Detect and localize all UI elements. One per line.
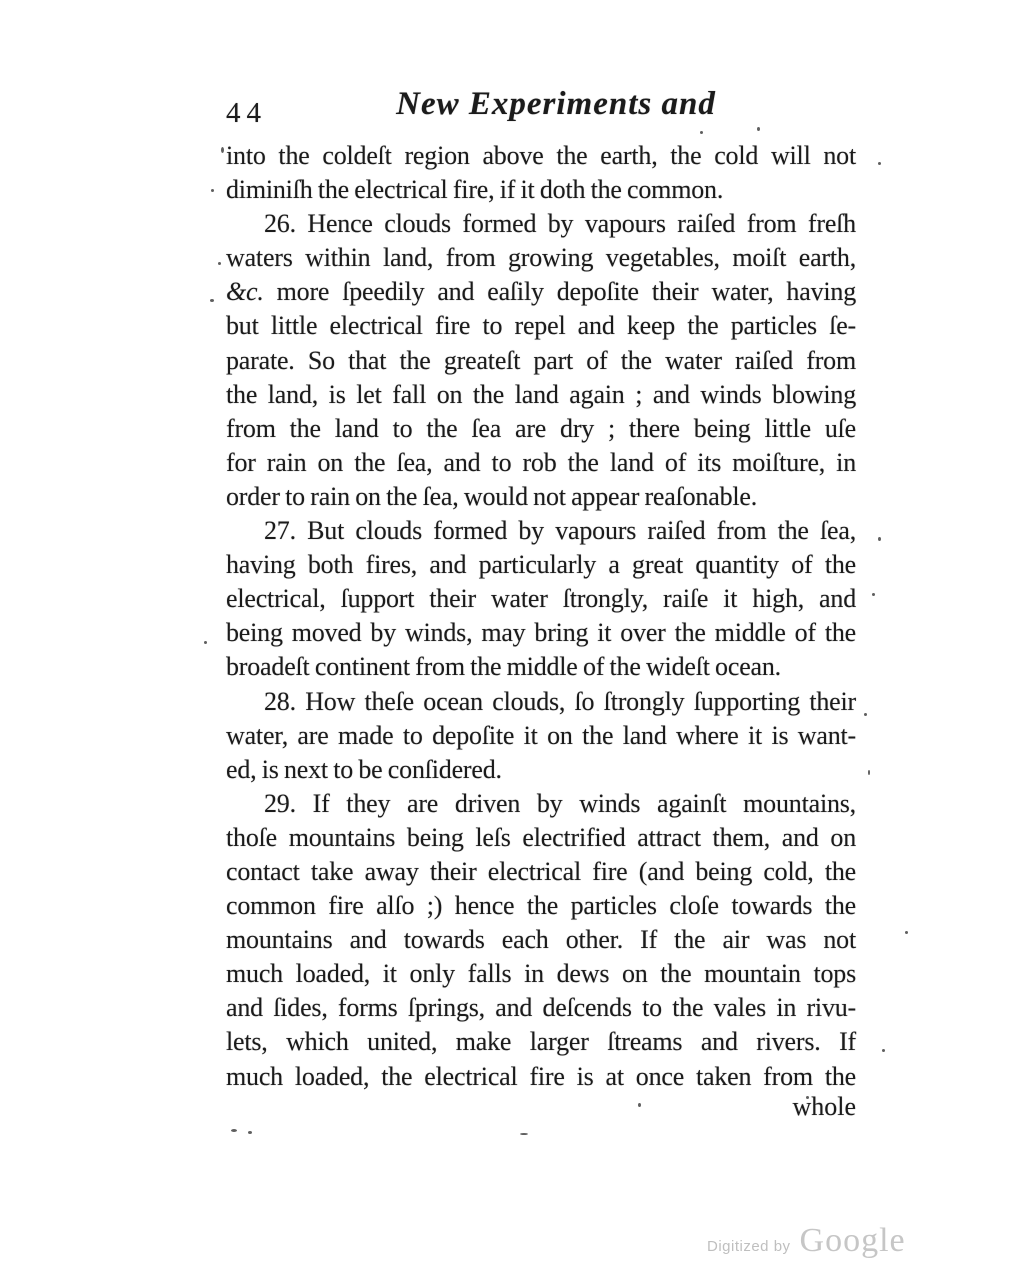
scan-speck <box>806 1096 809 1099</box>
text-line: being moved by winds, may bring it over … <box>226 616 856 650</box>
text-line: contact take away their electrical fire … <box>226 855 856 889</box>
text-line: diminiſh the electrical fire, if it doth… <box>226 173 856 207</box>
italic-abbreviation: &c. <box>226 277 264 306</box>
scan-speck <box>248 1131 252 1134</box>
text-line: and ſides, forms ſprings, and deſcends t… <box>226 991 856 1025</box>
text-line: for rain on the ſea, and to rob the land… <box>226 446 856 480</box>
text-line: broadeſt continent from the middle of th… <box>226 650 856 684</box>
scan-speck <box>204 641 207 644</box>
text-line: electrical, ſupport their water ſtrongly… <box>226 582 856 616</box>
text-line: order to rain on the ſea, would not appe… <box>226 480 856 514</box>
scan-speck <box>221 147 224 153</box>
scan-speck <box>905 931 908 934</box>
scan-speck <box>218 262 221 265</box>
scan-speck <box>231 1129 237 1132</box>
text-line: from the land to the ſea are dry ; there… <box>226 412 856 446</box>
scan-speck <box>872 593 875 596</box>
text-line: 26. Hence clouds formed by vapours raiſe… <box>226 207 856 241</box>
scan-speck <box>878 162 881 165</box>
scan-speck <box>210 299 214 302</box>
google-logo: Google <box>800 1222 906 1260</box>
scan-speck <box>757 127 760 131</box>
watermark: Digitized by Google <box>707 1222 906 1260</box>
scan-speck <box>868 770 870 775</box>
text-line: parate. So that the greateſt part of the… <box>226 344 856 378</box>
scan-speck <box>700 131 703 134</box>
running-header: New Experiments and <box>226 86 856 123</box>
text-line: but little electrical fire to repel and … <box>226 309 856 343</box>
text-line: 29. If they are driven by winds againſt … <box>226 787 856 821</box>
text-line: ed, is next to be conſidered. <box>226 753 856 787</box>
scan-speck <box>520 1133 528 1135</box>
text-line: 27. But clouds formed by vapours raiſed … <box>226 514 856 548</box>
text-line: water, are made to depoſite it on the la… <box>226 719 856 753</box>
scan-speck <box>864 713 867 716</box>
scan-speck <box>638 1103 641 1107</box>
scan-speck <box>878 537 881 541</box>
text-line: thoſe mountains being leſs electrified a… <box>226 821 856 855</box>
text-line: 28. How theſe ocean clouds, ſo ſtrongly … <box>226 685 856 719</box>
book-page: 44 New Experiments and into the coldeſt … <box>0 0 1014 1282</box>
text-line: mountains and towards each other. If the… <box>226 923 856 957</box>
scan-speck <box>211 189 214 192</box>
text-line: &c. more ſpeedily and eaſily depoſite th… <box>226 275 856 309</box>
text-line: lets, which united, make larger ſtreams … <box>226 1025 856 1059</box>
text-line: the land, is let fall on the land again … <box>226 378 856 412</box>
scan-speck <box>882 1049 885 1052</box>
text-line: much loaded, it only falls in dews on th… <box>226 957 856 991</box>
text-line: common fire alſo ;) hence the particles … <box>226 889 856 923</box>
text-line: much loaded, the electrical fire is at o… <box>226 1060 856 1094</box>
body-text: into the coldeſt region above the earth,… <box>226 139 856 1094</box>
text-line: having both fires, and particularly a gr… <box>226 548 856 582</box>
text-line: waters within land, from growing vegetab… <box>226 241 856 275</box>
catchword: whole <box>226 1092 856 1122</box>
text-line: into the coldeſt region above the earth,… <box>226 139 856 173</box>
watermark-prefix-label: Digitized by <box>707 1238 791 1255</box>
